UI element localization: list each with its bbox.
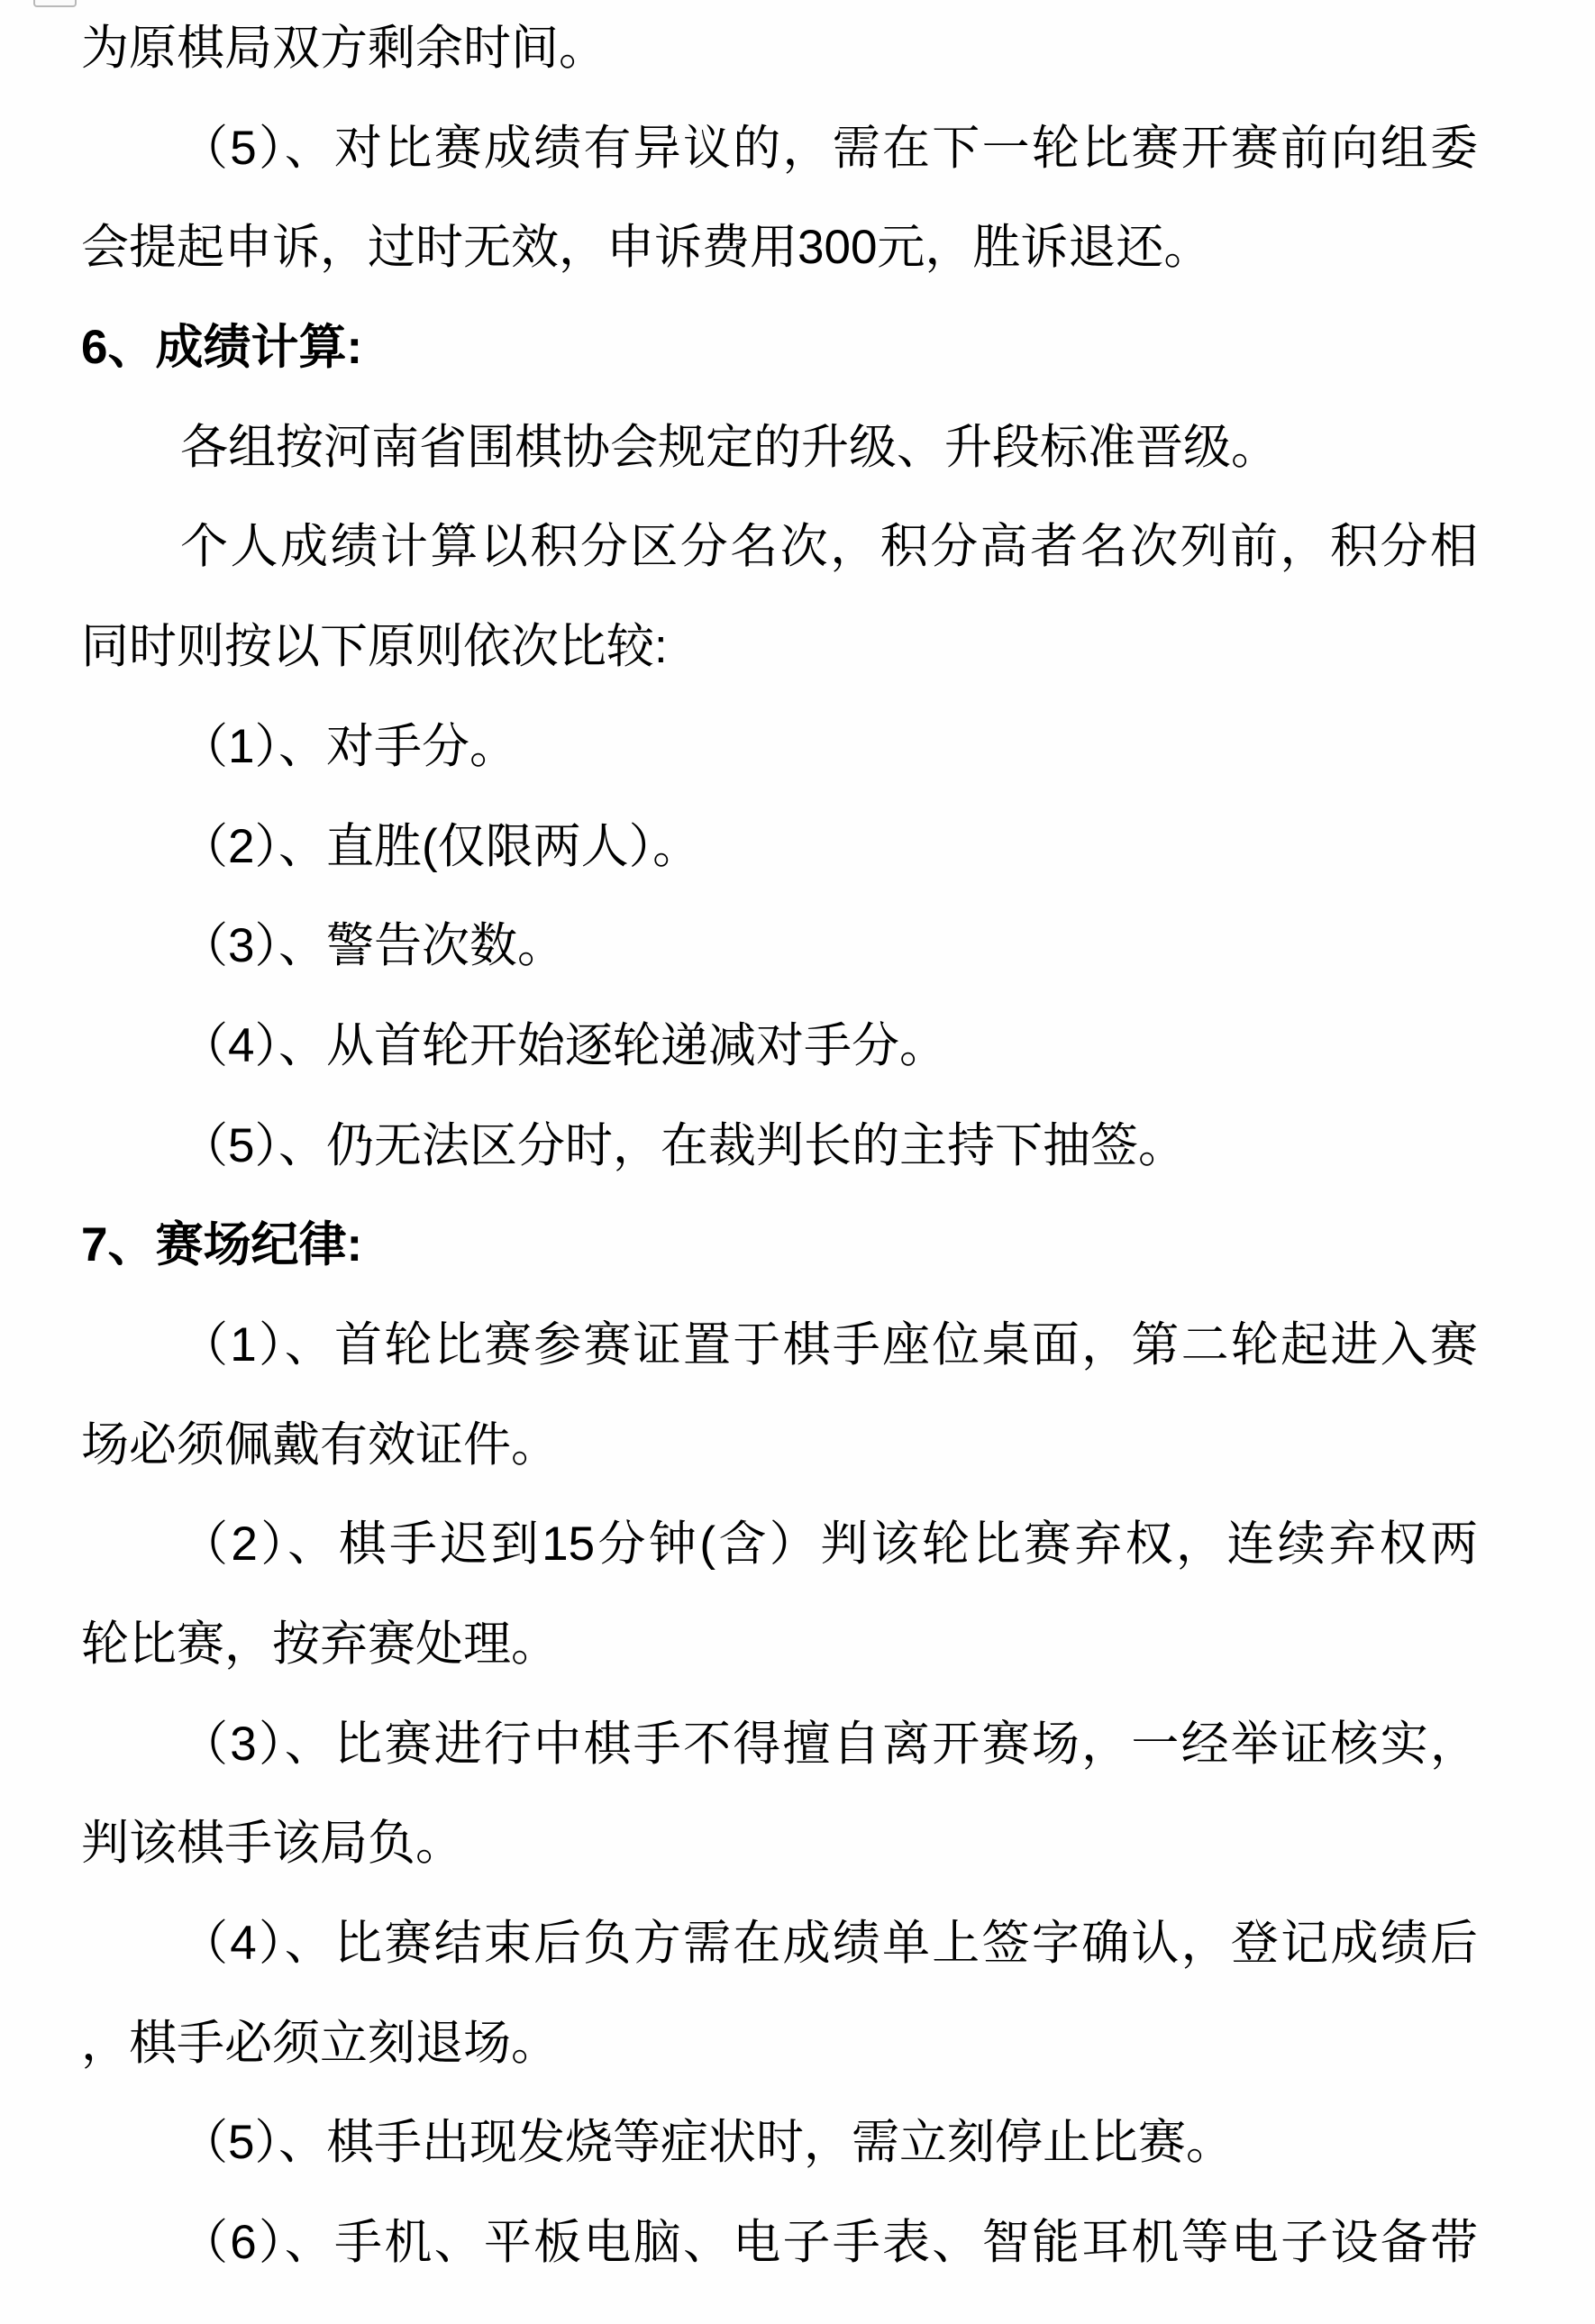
document-line: （5）、对比赛成绩有异议的，需在下一轮比赛开赛前向组委 xyxy=(81,99,1478,199)
document-page: 为原棋局双方剩余时间。（5）、对比赛成绩有异议的，需在下一轮比赛开赛前向组委会提… xyxy=(0,0,1595,2324)
document-line: 为原棋局双方剩余时间。 xyxy=(81,0,1478,99)
document-line: 场必须佩戴有效证件。 xyxy=(81,1396,1478,1496)
document-line: 同时则按以下原则依次比较: xyxy=(81,597,1478,697)
document-line: 各组按河南省围棋协会规定的升级、升段标准晋级。 xyxy=(81,398,1478,498)
scrolled-off-ui-fragment xyxy=(33,0,77,7)
document-line: 会提起申诉，过时无效，申诉费用300元，胜诉退还。 xyxy=(81,198,1478,298)
document-line: 个人成绩计算以积分区分名次，积分高者名次列前，积分相 xyxy=(81,497,1478,597)
document-line: （5）、仍无法区分时，在裁判长的主持下抽签。 xyxy=(81,1097,1478,1197)
document-line: ，棋手必须立刻退场。 xyxy=(81,1994,1478,2094)
document-line: （1）、对手分。 xyxy=(81,697,1478,797)
document-line: （4）、从首轮开始逐轮递减对手分。 xyxy=(81,997,1478,1097)
document-line: （4）、比赛结束后负方需在成绩单上签字确认，登记成绩后 xyxy=(81,1894,1478,1994)
document-line: （6）、手机、平板电脑、电子手表、智能耳机等电子设备带 xyxy=(81,2193,1478,2293)
document-line: （2）、棋手迟到15分钟(含）判该轮比赛弃权，连续弃权两 xyxy=(81,1495,1478,1595)
section-heading: 7、赛场纪律: xyxy=(81,1196,1478,1296)
document-line: 轮比赛，按弃赛处理。 xyxy=(81,1595,1478,1695)
document-line: （3）、比赛进行中棋手不得擅自离开赛场，一经举证核实， xyxy=(81,1695,1478,1795)
document-body: 为原棋局双方剩余时间。（5）、对比赛成绩有异议的，需在下一轮比赛开赛前向组委会提… xyxy=(81,0,1478,2293)
document-line: （3）、警告次数。 xyxy=(81,897,1478,997)
document-line: 判该棋手该局负。 xyxy=(81,1794,1478,1894)
section-heading: 6、成绩计算: xyxy=(81,298,1478,398)
document-line: （5）、棋手出现发烧等症状时，需立刻停止比赛。 xyxy=(81,2093,1478,2193)
document-line: （1）、首轮比赛参赛证置于棋手座位桌面，第二轮起进入赛 xyxy=(81,1296,1478,1396)
document-line: （2）、直胜(仅限两人）。 xyxy=(81,797,1478,898)
